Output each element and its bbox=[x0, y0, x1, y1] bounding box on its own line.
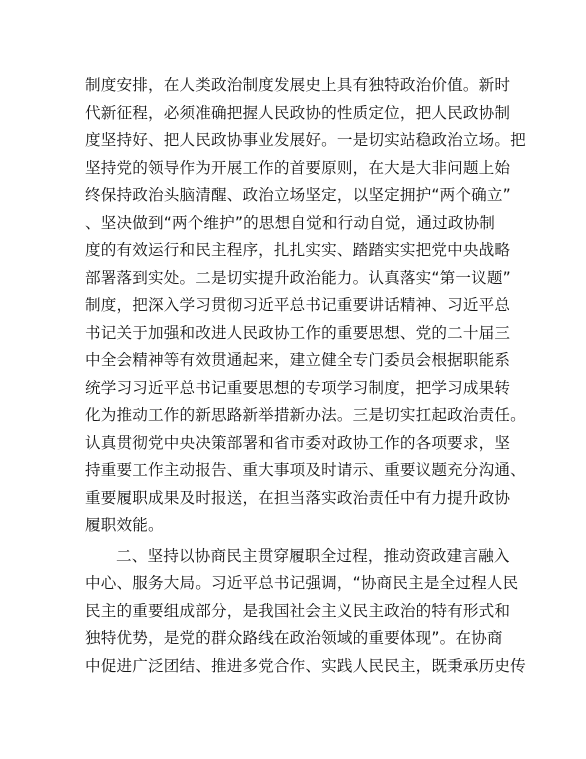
text-line: 度的有效运行和民主程序，扎扎实实、踏踏实实把党中央战略 bbox=[85, 237, 499, 265]
text-line: 中促进广泛团结、推进多党合作、实践人民民主，既秉承历史传 bbox=[85, 653, 499, 681]
text-line: 制度，把深入学习贯彻习近平总书记重要讲话精神、习近平总 bbox=[85, 292, 499, 320]
text-line: 、坚决做到“两个维护”的思想自觉和行动自觉，通过政协制 bbox=[85, 210, 499, 238]
text-line: 度坚持好、把人民政协事业发展好。一是切实站稳政治立场。把 bbox=[85, 127, 499, 155]
text-line: 持重要工作主动报告、重大事项及时请示、重要议题充分沟通、 bbox=[85, 457, 499, 485]
text-line: 认真贯彻党中央决策部署和省市委对政协工作的各项要求，坚 bbox=[85, 430, 499, 458]
paragraph-1: 制度安排，在人类政治制度发展史上具有独特政治价值。新时 代新征程，必须准确把握人… bbox=[85, 72, 499, 540]
document-body: 制度安排，在人类政治制度发展史上具有独特政治价值。新时 代新征程，必须准确把握人… bbox=[85, 72, 499, 680]
text-line: 终保持政治头脑清醒、政治立场坚定，以坚定拥护“两个确立” bbox=[85, 182, 499, 210]
text-line: 独特优势，是党的群众路线在政治领域的重要体现”。在协商 bbox=[85, 625, 499, 653]
text-line: 书记关于加强和改进人民政协工作的重要思想、党的二十届三 bbox=[85, 320, 499, 348]
text-line: 中心、服务大局。习近平总书记强调，“协商民主是全过程人民 bbox=[85, 570, 499, 598]
text-line: 统学习习近平总书记重要思想的专项学习制度，把学习成果转 bbox=[85, 375, 499, 403]
text-line: 民主的重要组成部分，是我国社会主义民主政治的特有形式和 bbox=[85, 598, 499, 626]
text-line: 坚持党的领导作为开展工作的首要原则，在大是大非问题上始 bbox=[85, 155, 499, 183]
paragraph-2: 二、坚持以协商民主贯穿履职全过程，推动资政建言融入 中心、服务大局。习近平总书记… bbox=[85, 543, 499, 681]
text-line: 化为推动工作的新思路新举措新办法。三是切实扛起政治责任。 bbox=[85, 402, 499, 430]
text-line: 制度安排，在人类政治制度发展史上具有独特政治价值。新时 bbox=[85, 72, 499, 100]
text-line: 履职效能。 bbox=[85, 512, 499, 540]
document-page: 制度安排，在人类政治制度发展史上具有独特政治价值。新时 代新征程，必须准确把握人… bbox=[0, 0, 586, 759]
text-line: 重要履职成果及时报送，在担当落实政治责任中有力提升政协 bbox=[85, 485, 499, 513]
text-line: 代新征程，必须准确把握人民政协的性质定位，把人民政协制 bbox=[85, 100, 499, 128]
text-line: 部署落到实处。二是切实提升政治能力。认真落实“第一议题” bbox=[85, 265, 499, 293]
text-line: 中全会精神等有效贯通起来，建立健全专门委员会根据职能系 bbox=[85, 347, 499, 375]
section-heading-line: 二、坚持以协商民主贯穿履职全过程，推动资政建言融入 bbox=[85, 543, 499, 571]
